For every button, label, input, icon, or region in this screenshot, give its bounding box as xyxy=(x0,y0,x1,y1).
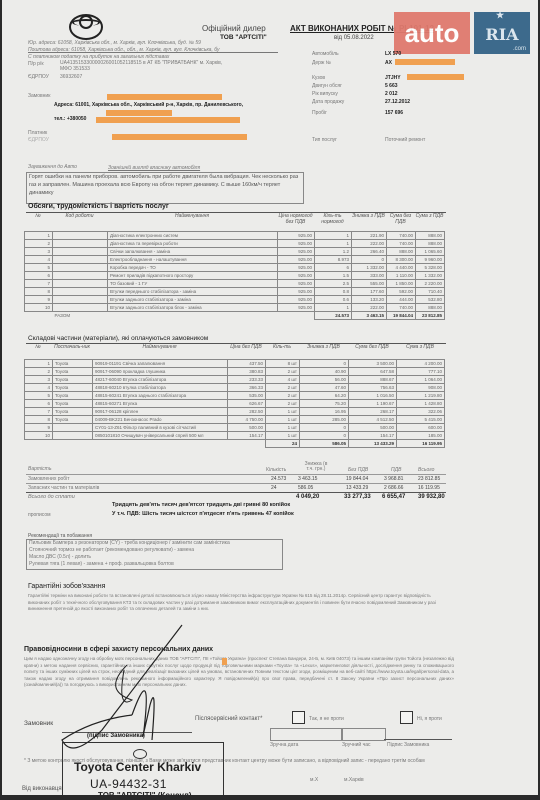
stamp-line-1: Toyota Center Kharkiv xyxy=(74,760,201,774)
column-header: Сума з ПДВ xyxy=(396,344,444,350)
summary-table: Вартість Кількість Знижка (в т.ч. грн.) … xyxy=(26,462,446,502)
warranty-text: Гарантійні терміни на виконані роботи та… xyxy=(28,593,448,613)
works-table: №Код роботиНайменуванняЦіна нормогод без… xyxy=(24,213,444,320)
table-row: 1Toyota90919-01191 Свічка запалювання437… xyxy=(25,360,445,368)
mfo: МФО 351533 xyxy=(60,66,90,72)
column-header: Сума без ПДВ xyxy=(386,213,415,225)
table-row: 5Toyota48815-60241 Втулка заднього стабі… xyxy=(25,392,445,400)
table-total-row: 24586.0513 433.2916 119.95 xyxy=(25,440,445,448)
redacted-mark xyxy=(222,658,227,665)
table-row: 9CY01-13-Z61 Фільтр паливний в кузові сі… xyxy=(25,424,445,432)
column-header: Кіль-ть xyxy=(265,344,299,350)
act-date: від 05.08.2022 xyxy=(334,35,374,41)
table-row: 1Діагностика електронних систем925.00122… xyxy=(25,232,445,240)
table-row: 2Toyota90917-06090 прокладка глушника380… xyxy=(25,368,445,376)
convenient-time-field[interactable] xyxy=(342,728,386,741)
table-row: 9Втулки заднього стабілізатора - заміна9… xyxy=(25,296,445,304)
stamp-line-2: UA-94432-31 xyxy=(90,777,167,791)
signature-scribble xyxy=(32,620,212,760)
table-row: 7Toyota90917-06128 кріплен282.501 шт16.9… xyxy=(25,408,445,416)
payer-edrpou-label: ЄДРПОУ xyxy=(28,137,49,143)
table-row: 6Toyota48815-60271 Втулка626.672 шт75.20… xyxy=(25,400,445,408)
table-row: 8Втулки переднього стабілізатора - замін… xyxy=(25,288,445,296)
client-sign-caption: Підпис Замовника xyxy=(387,742,429,748)
column-header: № xyxy=(24,344,52,350)
redacted-address xyxy=(106,110,172,116)
column-header: Знижка з ПДВ xyxy=(299,344,348,350)
customer-phone-label: тел.: +380050 xyxy=(54,116,86,122)
redacted-plate xyxy=(395,59,455,65)
legal-address: Юр. адреса: 61058, Харківська обл., м. Х… xyxy=(28,40,201,46)
redacted-vin xyxy=(407,74,464,80)
in-words-label: прописом xyxy=(28,512,51,518)
summary-row: Запасних частин та матеріалів24586.0513 … xyxy=(26,483,446,492)
complaint-box: Горят ошибки на панели приборов. автомоб… xyxy=(26,172,304,204)
table-row: 10Втулки заднього стабілізатора блок - з… xyxy=(25,304,445,312)
column-header: Найменування xyxy=(107,213,277,219)
stamp-line-3: ТОВ "АРТСІТІ" (Консул) xyxy=(98,791,192,795)
edrpou-value: 36932607 xyxy=(60,74,82,80)
consent-no-checkbox[interactable] xyxy=(400,711,413,724)
city: м.Харків xyxy=(344,777,364,783)
warranty-title: Гарантійні зобов'язання xyxy=(28,583,105,590)
column-header: № xyxy=(24,213,52,219)
column-header: Кіль-ть нормогод xyxy=(314,213,351,225)
column-header: Знижка з ПДВ xyxy=(351,213,386,219)
table-row: 8Toyota04009-BK221 Бензонасос Prado4 750… xyxy=(25,416,445,424)
column-header: Постачаль-ник xyxy=(52,344,92,350)
autoria-watermark-auto: auto xyxy=(394,12,470,54)
summary-row: Замовлених робіт24.5733 463.1519 844.043… xyxy=(26,474,446,483)
parts-title: Складові частини (матеріали), які оплачу… xyxy=(28,335,208,342)
amount-in-words: Тридцять дев'ять тисяч дев'ятсот тридцят… xyxy=(112,502,290,508)
redacted-phone xyxy=(96,117,240,123)
star-icon: ★ xyxy=(496,12,504,21)
table-total-row: РАЗОМ24.5733 463.1519 844.0423 812.85 xyxy=(25,312,445,320)
column-header: Код роботи xyxy=(52,213,107,219)
works-title: Обсяги, трудомісткість і вартість послуг xyxy=(28,203,169,210)
column-header: Сума без ПДВ xyxy=(348,344,396,350)
table-row: 3Toyota48217-60040 Втулка стабілізатора2… xyxy=(25,376,445,384)
table-row: 100850101810 Очищувач універсальний спре… xyxy=(25,432,445,440)
column-header: Сума з ПДВ xyxy=(415,213,444,219)
complaint-sub: Зовнішній вигляд власнику автомобіля xyxy=(108,165,200,171)
executor-label: Від виконавця xyxy=(22,786,62,792)
table-row: 7ТО базовий - 1 ГУ925.002.5555.001 850.0… xyxy=(25,280,445,288)
table-row: 2Діагностика та перевірка роботи925.0012… xyxy=(25,240,445,248)
table-row: 4Toyota48818-60210 втулка стабілізатора3… xyxy=(25,384,445,392)
complaint-label: Зауваження до Авто xyxy=(28,164,77,170)
redacted-customer-name xyxy=(107,94,222,100)
date-caption: Зручна дата xyxy=(270,742,298,748)
parts-table: №Постачаль-никНайменуванняЦіна без ПДВКі… xyxy=(24,344,444,448)
redacted-payer xyxy=(112,134,247,140)
time-caption: Зручний час xyxy=(342,742,370,748)
city-short: м.Х xyxy=(310,777,318,783)
table-row: 3Свічки запалювання - заміна925.001.2266… xyxy=(25,248,445,256)
consent-yes-checkbox[interactable] xyxy=(292,711,305,724)
payer-label: Платник xyxy=(28,130,47,136)
dealer-label: Офіційний дилер xyxy=(202,24,266,33)
edrpou-label: ЄДРПОУ xyxy=(28,74,49,80)
customer-address: Адреса: 61001, Харківська обл., Харківсь… xyxy=(54,102,249,109)
table-row: 4Електрообладнання - налаштування925.008… xyxy=(25,256,445,264)
column-header: Ціна без ПДВ xyxy=(227,344,265,350)
consent-yes-label: Так, я не проти xyxy=(309,716,344,722)
consent-no-label: Ні, я проти xyxy=(417,716,442,722)
document-page: Офіційний дилер ТОВ "АРТСІТІ" АКТ ВИКОНА… xyxy=(2,0,538,795)
table-row: 6Ремонт приладів підкапотного простору92… xyxy=(25,272,445,280)
convenient-date-field[interactable] xyxy=(270,728,342,741)
customer-label: Замовник xyxy=(28,93,50,99)
autoria-watermark-ria: ★ RIA .com xyxy=(474,12,530,54)
column-header: Найменування xyxy=(92,344,227,350)
summary-total-row: Всього до сплати 4 049,20 33 277,33 6 65… xyxy=(26,492,446,502)
recommendations-box: Пильовик Бампера з резонатором (CY) - тр… xyxy=(26,539,283,570)
toyota-logo-icon xyxy=(69,14,103,40)
company-name: ТОВ "АРТСІТІ" xyxy=(220,34,267,41)
vat-in-words: У т.ч. ПДВ: Шість тисяч шістсот п'ятдеся… xyxy=(112,511,294,517)
table-row: 5Коробка передач - ТО925.0061 332.004 44… xyxy=(25,264,445,272)
bank-label: П/р р/к xyxy=(28,61,44,67)
column-header: Ціна нормогод без ПДВ xyxy=(277,213,314,225)
